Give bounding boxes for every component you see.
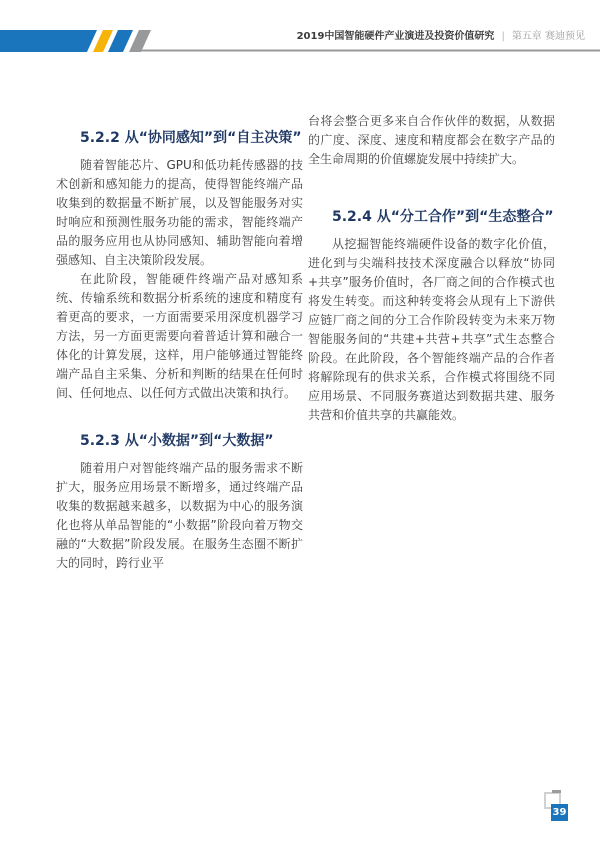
section-heading-5-2-4: 5.2.4 从“分工合作”到“生态整合”: [308, 207, 555, 227]
left-column: 5.2.2 从“协同感知”到“自主决策” 随着智能芯片、GPU和低功耗传感器的技…: [56, 128, 303, 573]
header-band-blue: [0, 30, 97, 52]
page-number-badge: 39: [551, 804, 568, 821]
header-rule: [132, 50, 600, 52]
document-page: 2019中国智能硬件产业演进及投资价值研究|第五章 赛迪预见 5.2.2 从“协…: [0, 0, 600, 851]
chapter-label: 第五章 赛迪预见: [512, 31, 585, 42]
section-heading-5-2-3: 5.2.3 从“小数据”到“大数据”: [56, 431, 303, 451]
section-5-2-3-paragraph-1: 随着用户对智能终端产品的服务需求不断扩大，服务应用场景不断增多，通过终端产品收集…: [56, 459, 303, 573]
header-divider-icon: |: [501, 31, 504, 42]
page-number: 39: [553, 807, 567, 818]
section-5-2-3-paragraph-continuation: 台将会整合更多来自合作伙伴的数据，从数据的广度、深度、速度和精度都会在数字产品的…: [308, 112, 555, 169]
header-stripe-gray: [129, 30, 151, 52]
page-corner-tick: [552, 790, 561, 793]
section-5-2-4-paragraph-1: 从挖掘智能终端硬件设备的数字化价值，进化到与尖端科技技术深度融合以释放“协同+共…: [308, 235, 555, 425]
report-title: 2019中国智能硬件产业演进及投资价值研究: [297, 31, 495, 42]
right-column: 台将会整合更多来自合作伙伴的数据，从数据的广度、深度、速度和精度都会在数字产品的…: [308, 112, 555, 425]
section-5-2-2-paragraph-1: 随着智能芯片、GPU和低功耗传感器的技术创新和感知能力的提高，使得智能终端产品收…: [56, 156, 303, 270]
section-heading-5-2-2: 5.2.2 从“协同感知”到“自主决策”: [56, 128, 303, 148]
header-stripe-blue: [108, 30, 133, 52]
section-5-2-2-paragraph-2: 在此阶段，智能硬件终端产品对感知系统、传输系统和数据分析系统的速度和精度有着更高…: [56, 270, 303, 403]
page-header: 2019中国智能硬件产业演进及投资价值研究|第五章 赛迪预见: [297, 29, 585, 45]
